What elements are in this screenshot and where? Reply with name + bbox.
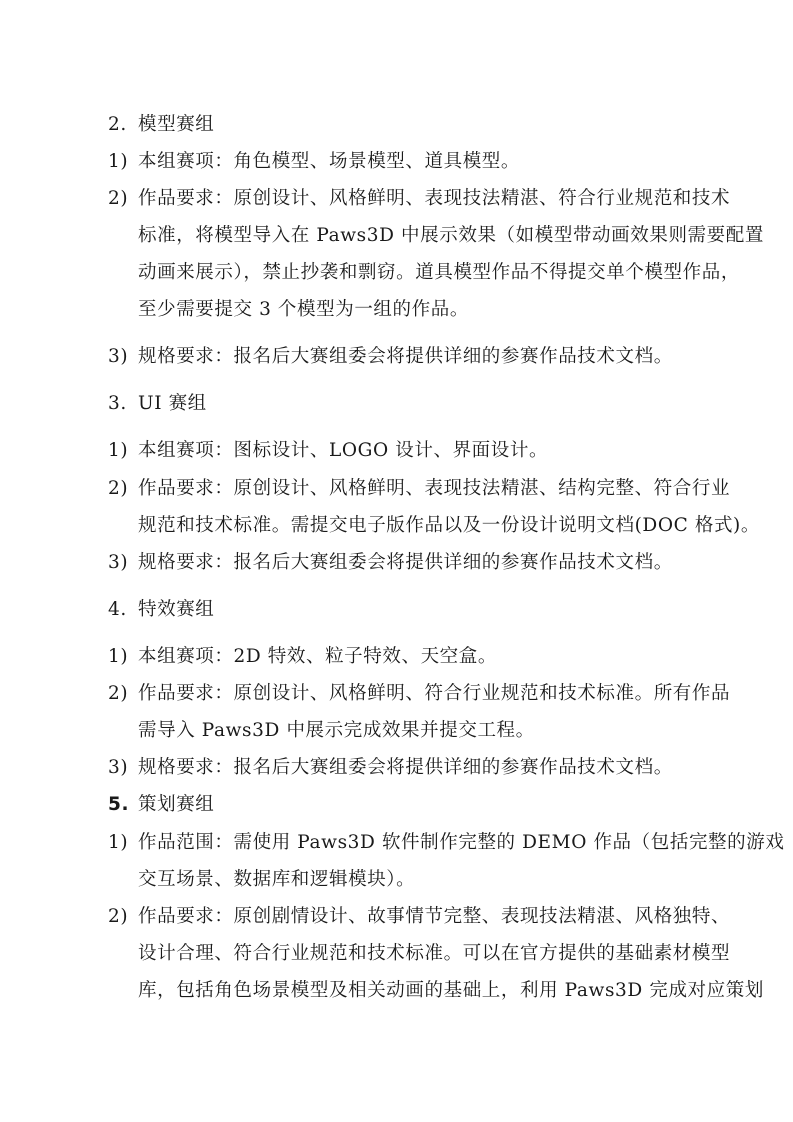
list-item: 3)规格要求：报名后大赛组委会将提供详细的参赛作品技术文档。 (108, 345, 748, 369)
section-title: 模型赛组 (138, 114, 214, 135)
section-title: 特效赛组 (138, 599, 214, 620)
section-heading: 4.特效赛组 (108, 598, 748, 622)
section-heading: 2.模型赛组 (108, 113, 748, 137)
list-item: 1)本组赛项：图标设计、LOGO 设计、界面设计。 (108, 439, 748, 463)
section-title: 策划赛组 (138, 794, 214, 815)
item-text-continuation: 交互场景、数据库和逻辑模块）。 (138, 868, 738, 892)
item-text: 本组赛项：2D 特效、粒子特效、天空盒。 (138, 646, 497, 667)
section-number: 3. (108, 392, 138, 416)
list-item: 2)作品要求：原创设计、风格鲜明、表现技法精湛、结构完整、符合行业 (108, 477, 748, 501)
item-number: 1) (108, 150, 138, 174)
item-text-continuation: 需导入 Paws3D 中展示完成效果并提交工程。 (138, 719, 738, 743)
item-text-continuation: 标准，将模型导入在 Paws3D 中展示效果（如模型带动画效果则需要配置 (138, 224, 738, 248)
list-item: 2)作品要求：原创设计、风格鲜明、表现技法精湛、符合行业规范和技术 (108, 187, 748, 211)
list-item: 1)本组赛项：角色模型、场景模型、道具模型。 (108, 150, 748, 174)
section-number: 2. (108, 113, 138, 137)
item-text-continuation: 库，包括角色场景模型及相关动画的基础上，利用 Paws3D 完成对应策划 (138, 979, 738, 1003)
item-number: 3) (108, 551, 138, 575)
item-text-continuation: 规范和技术标准。需提交电子版作品以及一份设计说明文档(DOC 格式)。 (138, 514, 738, 538)
item-text: 本组赛项：图标设计、LOGO 设计、界面设计。 (138, 440, 548, 461)
item-number: 2) (108, 477, 138, 501)
item-text-continuation: 动画来展示），禁止抄袭和剽窃。道具模型作品不得提交单个模型作品， (138, 261, 738, 285)
list-item: 3)规格要求：报名后大赛组委会将提供详细的参赛作品技术文档。 (108, 756, 748, 780)
item-number: 1) (108, 831, 138, 855)
item-text: 作品要求：原创剧情设计、故事情节完整、表现技法精湛、风格独特、 (138, 906, 730, 927)
section-title: UI 赛组 (138, 393, 207, 414)
item-text: 规格要求：报名后大赛组委会将提供详细的参赛作品技术文档。 (138, 757, 673, 778)
item-text: 规格要求：报名后大赛组委会将提供详细的参赛作品技术文档。 (138, 346, 673, 367)
item-number: 2) (108, 682, 138, 706)
document-page: 2.模型赛组 1)本组赛项：角色模型、场景模型、道具模型。 2)作品要求：原创设… (0, 0, 793, 1122)
item-number: 3) (108, 756, 138, 780)
list-item: 1)作品范围：需使用 Paws3D 软件制作完整的 DEMO 作品（包括完整的游… (108, 831, 748, 855)
item-text: 作品要求：原创设计、风格鲜明、表现技法精湛、结构完整、符合行业 (138, 478, 730, 499)
list-item: 2)作品要求：原创设计、风格鲜明、符合行业规范和技术标准。所有作品 (108, 682, 748, 706)
list-item: 1)本组赛项：2D 特效、粒子特效、天空盒。 (108, 645, 748, 669)
list-item: 3)规格要求：报名后大赛组委会将提供详细的参赛作品技术文档。 (108, 551, 748, 575)
item-number: 1) (108, 645, 138, 669)
section-number: 4. (108, 598, 138, 622)
item-text-continuation: 至少需要提交 3 个模型为一组的作品。 (138, 298, 738, 322)
item-text: 本组赛项：角色模型、场景模型、道具模型。 (138, 151, 520, 172)
section-number: 5. (108, 793, 138, 817)
item-text: 规格要求：报名后大赛组委会将提供详细的参赛作品技术文档。 (138, 552, 673, 573)
section-heading: 5.策划赛组 (108, 793, 748, 817)
item-text: 作品范围：需使用 Paws3D 软件制作完整的 DEMO 作品（包括完整的游戏 (138, 832, 784, 853)
list-item: 2)作品要求：原创剧情设计、故事情节完整、表现技法精湛、风格独特、 (108, 905, 748, 929)
item-text-continuation: 设计合理、符合行业规范和技术标准。可以在官方提供的基础素材模型 (138, 942, 738, 966)
item-number: 1) (108, 439, 138, 463)
item-number: 2) (108, 187, 138, 211)
item-text: 作品要求：原创设计、风格鲜明、表现技法精湛、符合行业规范和技术 (138, 188, 730, 209)
item-text: 作品要求：原创设计、风格鲜明、符合行业规范和技术标准。所有作品 (138, 683, 730, 704)
item-number: 2) (108, 905, 138, 929)
item-number: 3) (108, 345, 138, 369)
section-heading: 3.UI 赛组 (108, 392, 748, 416)
